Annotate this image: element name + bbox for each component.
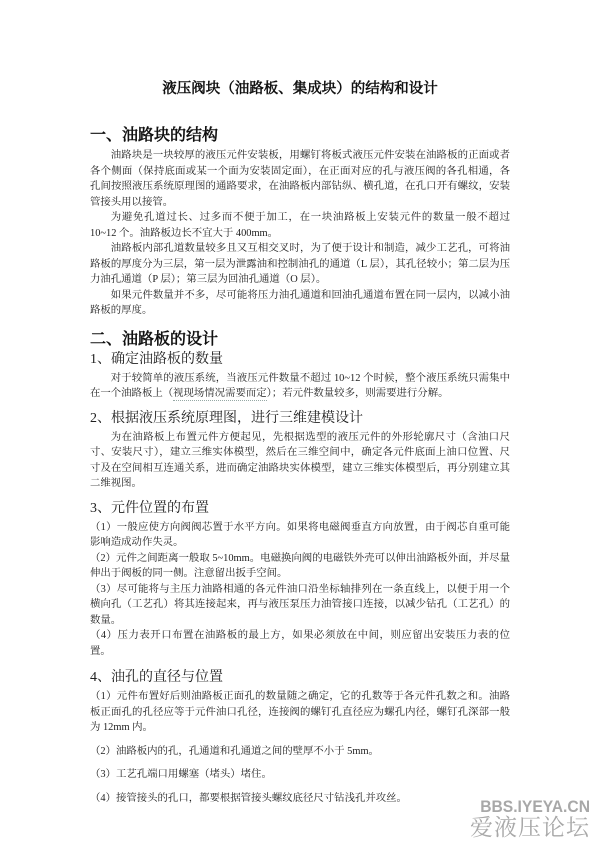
sub-4-item-4: （4）接管接头的孔口，都要根据管接头螺纹底径尺寸钻浅孔并攻丝。: [90, 791, 510, 807]
sub-3-item-3: （3）尽可能将与主压力油路相通的各元件油口沿坐标轴排列在一条直线上，以便于用一个…: [90, 582, 510, 629]
section-1-paragraph-2: 为避免孔道过长、过多而不便于加工，在一块油路板上安装元件的数量一般不超过 10~…: [90, 210, 510, 241]
document-content: 液压阀块（油路板、集成块）的结构和设计 一、油路块的结构 油路块是一块较厚的液压…: [0, 0, 600, 806]
underlined-phrase: 视现场情况需要而定: [173, 388, 267, 401]
sub-1-paragraph: 对于较简单的液压系统，当液压元件数量不超过 10~12 个时候，整个液压系统只需…: [90, 371, 510, 402]
sub-4-item-3: （3）工艺孔端口用螺塞（堵头）堵住。: [90, 767, 510, 783]
section-1-paragraph-3: 油路板内部孔道数量较多且又互相交叉时，为了便于设计和制造，减少工艺孔，可将油路板…: [90, 241, 510, 288]
watermark-site-name: 爱液压论坛: [470, 815, 590, 840]
sub-heading-3: 3、元件位置的布置: [90, 500, 510, 517]
document-page: 液压阀块（油路板、集成块）的结构和设计 一、油路块的结构 油路块是一块较厚的液压…: [0, 0, 600, 850]
sub-3-item-1: （1）一般应使方向阀阀芯置于水平方向。如果将电磁阀垂直方向放置，由于阀芯自重可能…: [90, 520, 510, 551]
sub-4-item-2: （2）油路板内的孔，孔通道和孔通道之间的壁厚不小于 5mm。: [90, 744, 510, 760]
sub-heading-2: 2、根据液压系统原理图，进行三维建模设计: [90, 410, 510, 427]
sub-2-paragraph: 为在油路板上布置元件方便起见，先根据选型的液压元件的外形轮廓尺寸（含油口尺寸、安…: [90, 430, 510, 492]
sub-4-item-1: （1）元件布置好后则油路板正面孔的数量随之确定，它的孔数等于各元件孔数之和。油路…: [90, 689, 510, 736]
doc-title: 液压阀块（油路板、集成块）的结构和设计: [90, 80, 510, 99]
section-1-paragraph-1: 油路块是一块较厚的液压元件安装板，用螺钉将板式液压元件安装在油路板的正面或者各个…: [90, 148, 510, 210]
sub-1-text-post: ）；若元件数量较多，则需要进行分解。: [267, 388, 449, 399]
sub-heading-4: 4、油孔的直径与位置: [90, 669, 510, 686]
section-1-heading: 一、油路块的结构: [90, 126, 510, 145]
watermark: BBS.IYEYA.CN 爱液压论坛: [470, 798, 590, 840]
watermark-site-url: BBS.IYEYA.CN: [480, 798, 590, 815]
sub-3-item-4: （4）压力表开口布置在油路板的最上方，如果必须放在中间，则应留出安装压力表的位置…: [90, 628, 510, 659]
section-2-heading: 二、油路板的设计: [90, 330, 510, 349]
sub-heading-1: 1、确定油路板的数量: [90, 351, 510, 368]
section-1-paragraph-4: 如果元件数量并不多，尽可能将压力油孔通道和回油孔通道布置在同一层内，以减小油路板…: [90, 288, 510, 319]
sub-3-item-2: （2）元件之间距离一般取 5~10mm。电磁换向阀的电磁铁外壳可以伸出油路板外面…: [90, 551, 510, 582]
